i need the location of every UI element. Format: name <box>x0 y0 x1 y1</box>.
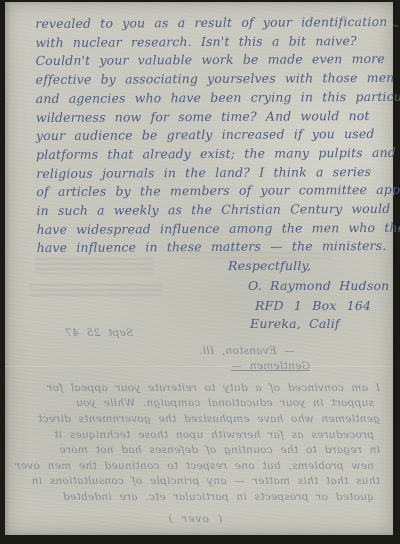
bleed-line: thus that this matter — any principle of… <box>10 474 380 490</box>
signature-name: O. Raymond Hudson <box>248 278 389 293</box>
bleed-date: Sept 25 47 <box>10 326 380 342</box>
letter-line: in such a weekly as the Christian Centur… <box>36 200 375 221</box>
letter-line: religious journals in the land? I think … <box>36 163 375 184</box>
letter-line: Couldn't your valuable work be made even… <box>35 50 374 71</box>
bleed-salutation: Gentlemen — <box>10 359 310 375</box>
bleed-line: new problems, but one respect to continu… <box>10 459 374 475</box>
letter-line: of articles by the members of your commi… <box>36 181 375 202</box>
bleed-line: gentlemen who have emphasized the govern… <box>10 412 380 428</box>
closing: Respectfully, <box>228 258 311 273</box>
bleed-line: in regard to the counting of defenses ha… <box>10 443 380 459</box>
letter-line: have widespread influence among the men … <box>37 219 376 240</box>
bleed-line: support in your educational campaign. Wh… <box>10 396 374 412</box>
letter-line: effective by associating yourselves with… <box>36 69 375 90</box>
letter-line: your audience be greatly increased if yo… <box>36 125 375 146</box>
bleed-over-note: ( over ) <box>10 512 380 528</box>
letter-line: with nuclear research. Isn't this a bit … <box>35 32 374 53</box>
faint-typed-bleed-smudge <box>35 258 153 274</box>
letter-body: revealed to you as a result of your iden… <box>35 13 375 258</box>
signature-address-line1: RFD 1 Box 164 <box>255 298 371 313</box>
bleed-address-line: — Evanston, Ill. <box>10 344 295 360</box>
paper: revealed to you as a result of your iden… <box>5 2 393 535</box>
letter-line: and agencies who have been crying in thi… <box>36 88 375 109</box>
scanned-letter-page: revealed to you as a result of your iden… <box>0 0 400 544</box>
bleed-line: I am convinced of a duty to reiterate yo… <box>10 381 380 397</box>
faint-typed-bleed-smudge <box>181 252 331 260</box>
bleedthrough-reverse-side: Sept 25 47 — Evanston, Ill. Gentlemen — … <box>10 326 380 528</box>
letter-line: wilderness now for some time? And would … <box>36 106 375 127</box>
faint-typed-bleed-smudge <box>29 284 161 299</box>
letter-line: revealed to you as a result of your iden… <box>35 13 374 34</box>
bleed-line: quoted or prospects in particular etc. a… <box>10 490 374 506</box>
bleed-line: procedures as far herewith upon those te… <box>10 428 374 444</box>
letter-line: platforms that already exist; the many p… <box>36 144 375 165</box>
